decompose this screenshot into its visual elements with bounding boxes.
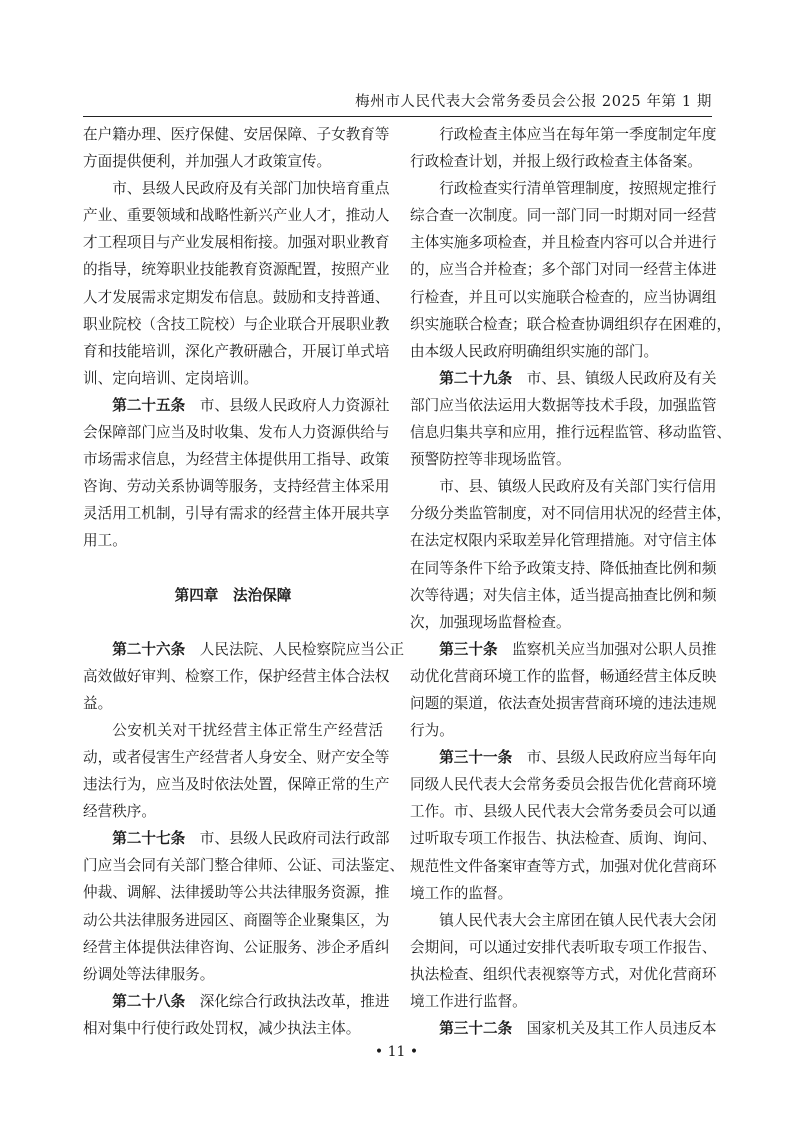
article-text: 市、县级人民政府司法行政部 (200, 830, 390, 847)
text-line: 执法检查、组织代表视察等方式，对优化营商环 (410, 961, 712, 988)
text-line: 境工作的监督。 (410, 880, 712, 907)
paragraph: 在户籍办理、医疗保健、安居保障、子女教育等方面提供便利，并加强人才政策宣传。 (83, 121, 383, 175)
text-line: 在同等条件下给予政策支持、降低抽查比例和频 (410, 555, 712, 582)
article-text: 人民法院、人民检察院应当公正 (200, 641, 404, 658)
article-number: 第二十九条 (439, 370, 512, 387)
article-paragraph: 第三十条监察机关应当加强对公职人员推动优化营商环境工作的监督，畅通经营主体反映问… (410, 636, 712, 744)
text-line: 分级分类监管制度，对不同信用状况的经营主体， (410, 500, 712, 527)
text-line: 由本级人民政府明确组织实施的部门。 (410, 338, 712, 365)
text-line: 次等待遇；对失信主体，适当提高抽查比例和频 (410, 582, 712, 609)
text-line: 行政检查主体应当在每年第一季度制定年度 (410, 121, 712, 148)
text-line: 行检查，并且可以实施联合检查的，应当协调组 (410, 284, 712, 311)
article-text: 监察机关应当加强对公职人员推 (512, 641, 716, 658)
paragraph: 市、县级人民政府及有关部门加快培育重点产业、重要领域和战略性新兴产业人才，推动人… (83, 175, 383, 392)
text-line: 过听取专项工作报告、执法检查、质询、询问、 (410, 825, 712, 852)
text-line: 第三十二条国家机关及其工作人员违反本 (410, 1015, 712, 1042)
article-paragraph: 第三十一条市、县级人民政府应当每年向同级人民代表大会常务委员会报告优化营商环境工… (410, 744, 712, 907)
text-line: 会期间，可以通过安排代表听取专项工作报告、 (410, 934, 712, 961)
text-line: 动，或者侵害生产经营者人身安全、财产安全等 (83, 744, 383, 771)
text-line: 第三十条监察机关应当加强对公职人员推 (410, 636, 712, 663)
text-line: 主体实施多项检查，并且检查内容可以合并进行 (410, 229, 712, 256)
article-number: 第三十一条 (439, 749, 512, 766)
text-line: 会保障部门应当及时收集、发布人力资源供给与 (83, 419, 383, 446)
article-paragraph: 第二十五条市、县级人民政府人力资源社会保障部门应当及时收集、发布人力资源供给与市… (83, 392, 383, 555)
right-column: 行政检查主体应当在每年第一季度制定年度行政检查计划，并报上级行政检查主体备案。行… (410, 121, 712, 1042)
text-line: 行政检查计划，并报上级行政检查主体备案。 (410, 148, 712, 175)
text-line: 镇人民代表大会主席团在镇人民代表大会闭 (410, 907, 712, 934)
article-number: 第三十条 (439, 641, 497, 658)
text-line: 织实施联合检查；联合检查协调组织存在困难的， (410, 311, 712, 338)
article-paragraph: 第二十六条人民法院、人民检察院应当公正高效做好审判、检察工作，保护经营主体合法权… (83, 636, 383, 717)
text-line: 的，应当合并检查；多个部门对同一经营主体进 (410, 256, 712, 283)
paragraph: 行政检查主体应当在每年第一季度制定年度行政检查计划，并报上级行政检查主体备案。 (410, 121, 712, 175)
text-line: 相对集中行使行政处罚权，减少执法主体。 (83, 1015, 383, 1042)
text-line: 第二十五条市、县级人民政府人力资源社 (83, 392, 383, 419)
chapter-heading: 第四章 法治保障 (83, 582, 383, 609)
bulletin-title: 梅州市人民代表大会常务委员会公报 2025 年第 1 期 (355, 90, 712, 111)
text-line: 人才发展需求定期发布信息。鼓励和支持普通、 (83, 284, 383, 311)
text-line: 公安机关对干扰经营主体正常生产经营活 (83, 717, 383, 744)
text-line: 信息归集共享和应用，推行远程监管、移动监管、 (410, 419, 712, 446)
text-line: 在户籍办理、医疗保健、安居保障、子女教育等 (83, 121, 383, 148)
text-line: 纷调处等法律服务。 (83, 961, 383, 988)
paragraph: 行政检查实行清单管理制度，按照规定推行综合查一次制度。同一部门同一时期对同一经营… (410, 175, 712, 365)
text-line: 工作。市、县级人民代表大会常务委员会可以通 (410, 798, 712, 825)
text-line: 次，加强现场监督检查。 (410, 609, 712, 636)
text-line: 规范性文件备案审查等方式，加强对优化营商环 (410, 853, 712, 880)
text-line: 行为。 (410, 717, 712, 744)
text-line: 第二十七条市、县级人民政府司法行政部 (83, 825, 383, 852)
text-line: 经营主体提供法律咨询、公证服务、涉企矛盾纠 (83, 934, 383, 961)
article-text: 国家机关及其工作人员违反本 (527, 1020, 717, 1037)
text-line: 的指导，统筹职业技能教育资源配置，按照产业 (83, 256, 383, 283)
article-text: 市、县、镇级人民政府及有关 (527, 370, 717, 387)
paragraph: 镇人民代表大会主席团在镇人民代表大会闭会期间，可以通过安排代表听取专项工作报告、… (410, 907, 712, 1015)
left-column: 在户籍办理、医疗保健、安居保障、子女教育等方面提供便利，并加强人才政策宣传。市、… (83, 121, 383, 1042)
text-line: 行政检查实行清单管理制度，按照规定推行 (410, 175, 712, 202)
text-line: 违法行为，应当及时依法处置，保障正常的生产 (83, 771, 383, 798)
article-text: 深化综合行政执法改革，推进 (200, 993, 390, 1010)
article-number: 第二十六条 (112, 641, 185, 658)
text-line: 同级人民代表大会常务委员会报告优化营商环境 (410, 771, 712, 798)
text-line: 综合查一次制度。同一部门同一时期对同一经营 (410, 202, 712, 229)
paragraph: 公安机关对干扰经营主体正常生产经营活动，或者侵害生产经营者人身安全、财产安全等违… (83, 717, 383, 825)
text-line: 门应当会同有关部门整合律师、公证、司法鉴定、 (83, 852, 383, 879)
text-line: 育和技能培训，深化产教研融合，开展订单式培 (83, 338, 383, 365)
text-line: 才工程项目与产业发展相衔接。加强对职业教育 (83, 229, 383, 256)
paragraph: 市、县、镇级人民政府及有关部门实行信用分级分类监管制度，对不同信用状况的经营主体… (410, 473, 712, 636)
running-header: 梅州市人民代表大会常务委员会公报 2025 年第 1 期 (83, 88, 712, 117)
page-number: • 11 • (0, 1044, 793, 1060)
text-line: 境工作进行监督。 (410, 988, 712, 1015)
text-line: 市、县级人民政府及有关部门加快培育重点 (83, 175, 383, 202)
text-line: 经营秩序。 (83, 798, 383, 825)
text-line: 第二十六条人民法院、人民检察院应当公正 (83, 636, 383, 663)
text-line: 方面提供便利，并加强人才政策宣传。 (83, 148, 383, 175)
text-line: 部门应当依法运用大数据等技术手段，加强监管 (410, 392, 712, 419)
text-line: 用工。 (83, 527, 383, 554)
article-text: 市、县级人民政府应当每年向 (527, 749, 717, 766)
text-line: 动公共法律服务进园区、商圈等企业聚集区，为 (83, 907, 383, 934)
article-number: 第二十五条 (112, 397, 185, 414)
text-line: 第三十一条市、县级人民政府应当每年向 (410, 744, 712, 771)
text-line: 灵活用工机制，引导有需求的经营主体开展共享 (83, 500, 383, 527)
text-line: 职业院校（含技工院校）与企业联合开展职业教 (83, 311, 383, 338)
article-paragraph: 第二十八条深化综合行政执法改革，推进相对集中行使行政处罚权，减少执法主体。 (83, 988, 383, 1042)
article-number: 第三十二条 (439, 1020, 512, 1037)
text-line: 咨询、劳动关系协调等服务，支持经营主体采用 (83, 473, 383, 500)
article-paragraph: 第三十二条国家机关及其工作人员违反本 (410, 1015, 712, 1042)
text-line: 第二十九条市、县、镇级人民政府及有关 (410, 365, 712, 392)
text-line: 问题的渠道，依法查处损害营商环境的违法违规 (410, 690, 712, 717)
text-line: 在法定权限内采取差异化管理措施。对守信主体 (410, 527, 712, 554)
text-line: 产业、重要领域和战略性新兴产业人才，推动人 (83, 202, 383, 229)
article-text: 市、县级人民政府人力资源社 (200, 397, 390, 414)
text-line: 第二十八条深化综合行政执法改革，推进 (83, 988, 383, 1015)
article-paragraph: 第二十九条市、县、镇级人民政府及有关部门应当依法运用大数据等技术手段，加强监管信… (410, 365, 712, 473)
text-line: 市场需求信息，为经营主体提供用工指导、政策 (83, 446, 383, 473)
text-line: 益。 (83, 690, 383, 717)
text-line: 仲裁、调解、法律援助等公共法律服务资源，推 (83, 879, 383, 906)
text-line: 市、县、镇级人民政府及有关部门实行信用 (410, 473, 712, 500)
text-line: 预警防控等非现场监管。 (410, 446, 712, 473)
article-number: 第二十八条 (112, 993, 185, 1010)
text-line: 训、定向培训、定岗培训。 (83, 365, 383, 392)
article-number: 第二十七条 (112, 830, 185, 847)
article-paragraph: 第二十七条市、县级人民政府司法行政部门应当会同有关部门整合律师、公证、司法鉴定、… (83, 825, 383, 988)
text-line: 动优化营商环境工作的监督，畅通经营主体反映 (410, 663, 712, 690)
text-line: 高效做好审判、检察工作，保护经营主体合法权 (83, 663, 383, 690)
